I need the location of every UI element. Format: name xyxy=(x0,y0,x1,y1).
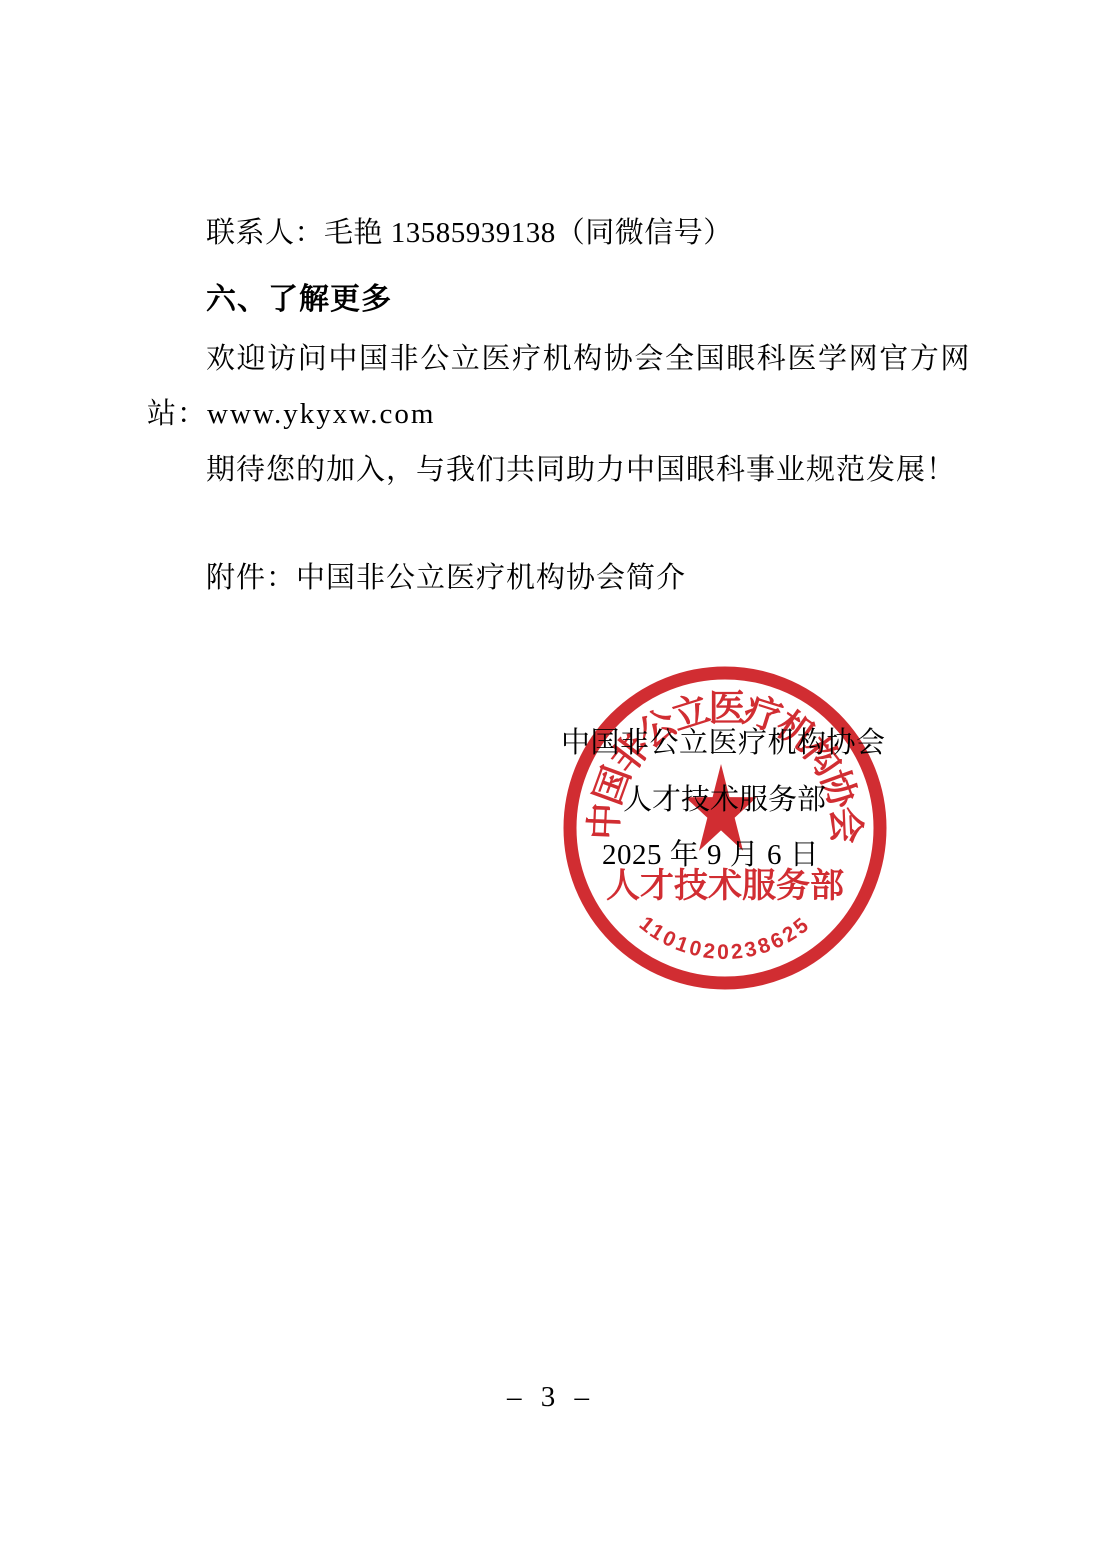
page-number: – 3 – xyxy=(0,1381,1102,1414)
signature-department: 人才技术服务部 xyxy=(623,783,826,818)
attachment-line: 附件：中国非公立医疗机构协会简介 xyxy=(206,561,686,596)
invitation-line: 期待您的加入，与我们共同助力中国眼科事业规范发展！ xyxy=(206,453,956,488)
website-label: 站： xyxy=(147,398,207,430)
signature-organization: 中国非公立医疗机构协会 xyxy=(561,726,886,761)
official-seal: 中国非公立医疗机构协会 人才技术服务部 1101020238625 xyxy=(562,665,888,991)
seal-serial-number-container: 1101020238625 xyxy=(635,912,815,964)
website-url: www.ykyxw.com xyxy=(207,398,435,430)
seal-serial-number: 1101020238625 xyxy=(635,912,815,964)
contact-line: 联系人：毛艳 13585939138（同微信号） xyxy=(206,216,733,251)
document-page: 联系人：毛艳 13585939138（同微信号） 六、了解更多 欢迎访问中国非公… xyxy=(0,0,1102,1557)
section-heading: 六、了解更多 xyxy=(206,282,392,318)
signature-date: 2025 年 9 月 6 日 xyxy=(602,838,819,873)
paragraph-website-line-1: 欢迎访问中国非公立医疗机构协会全国眼科医学网官方网 xyxy=(206,342,971,377)
paragraph-website-line-2: 站：www.ykyxw.com xyxy=(147,397,435,432)
